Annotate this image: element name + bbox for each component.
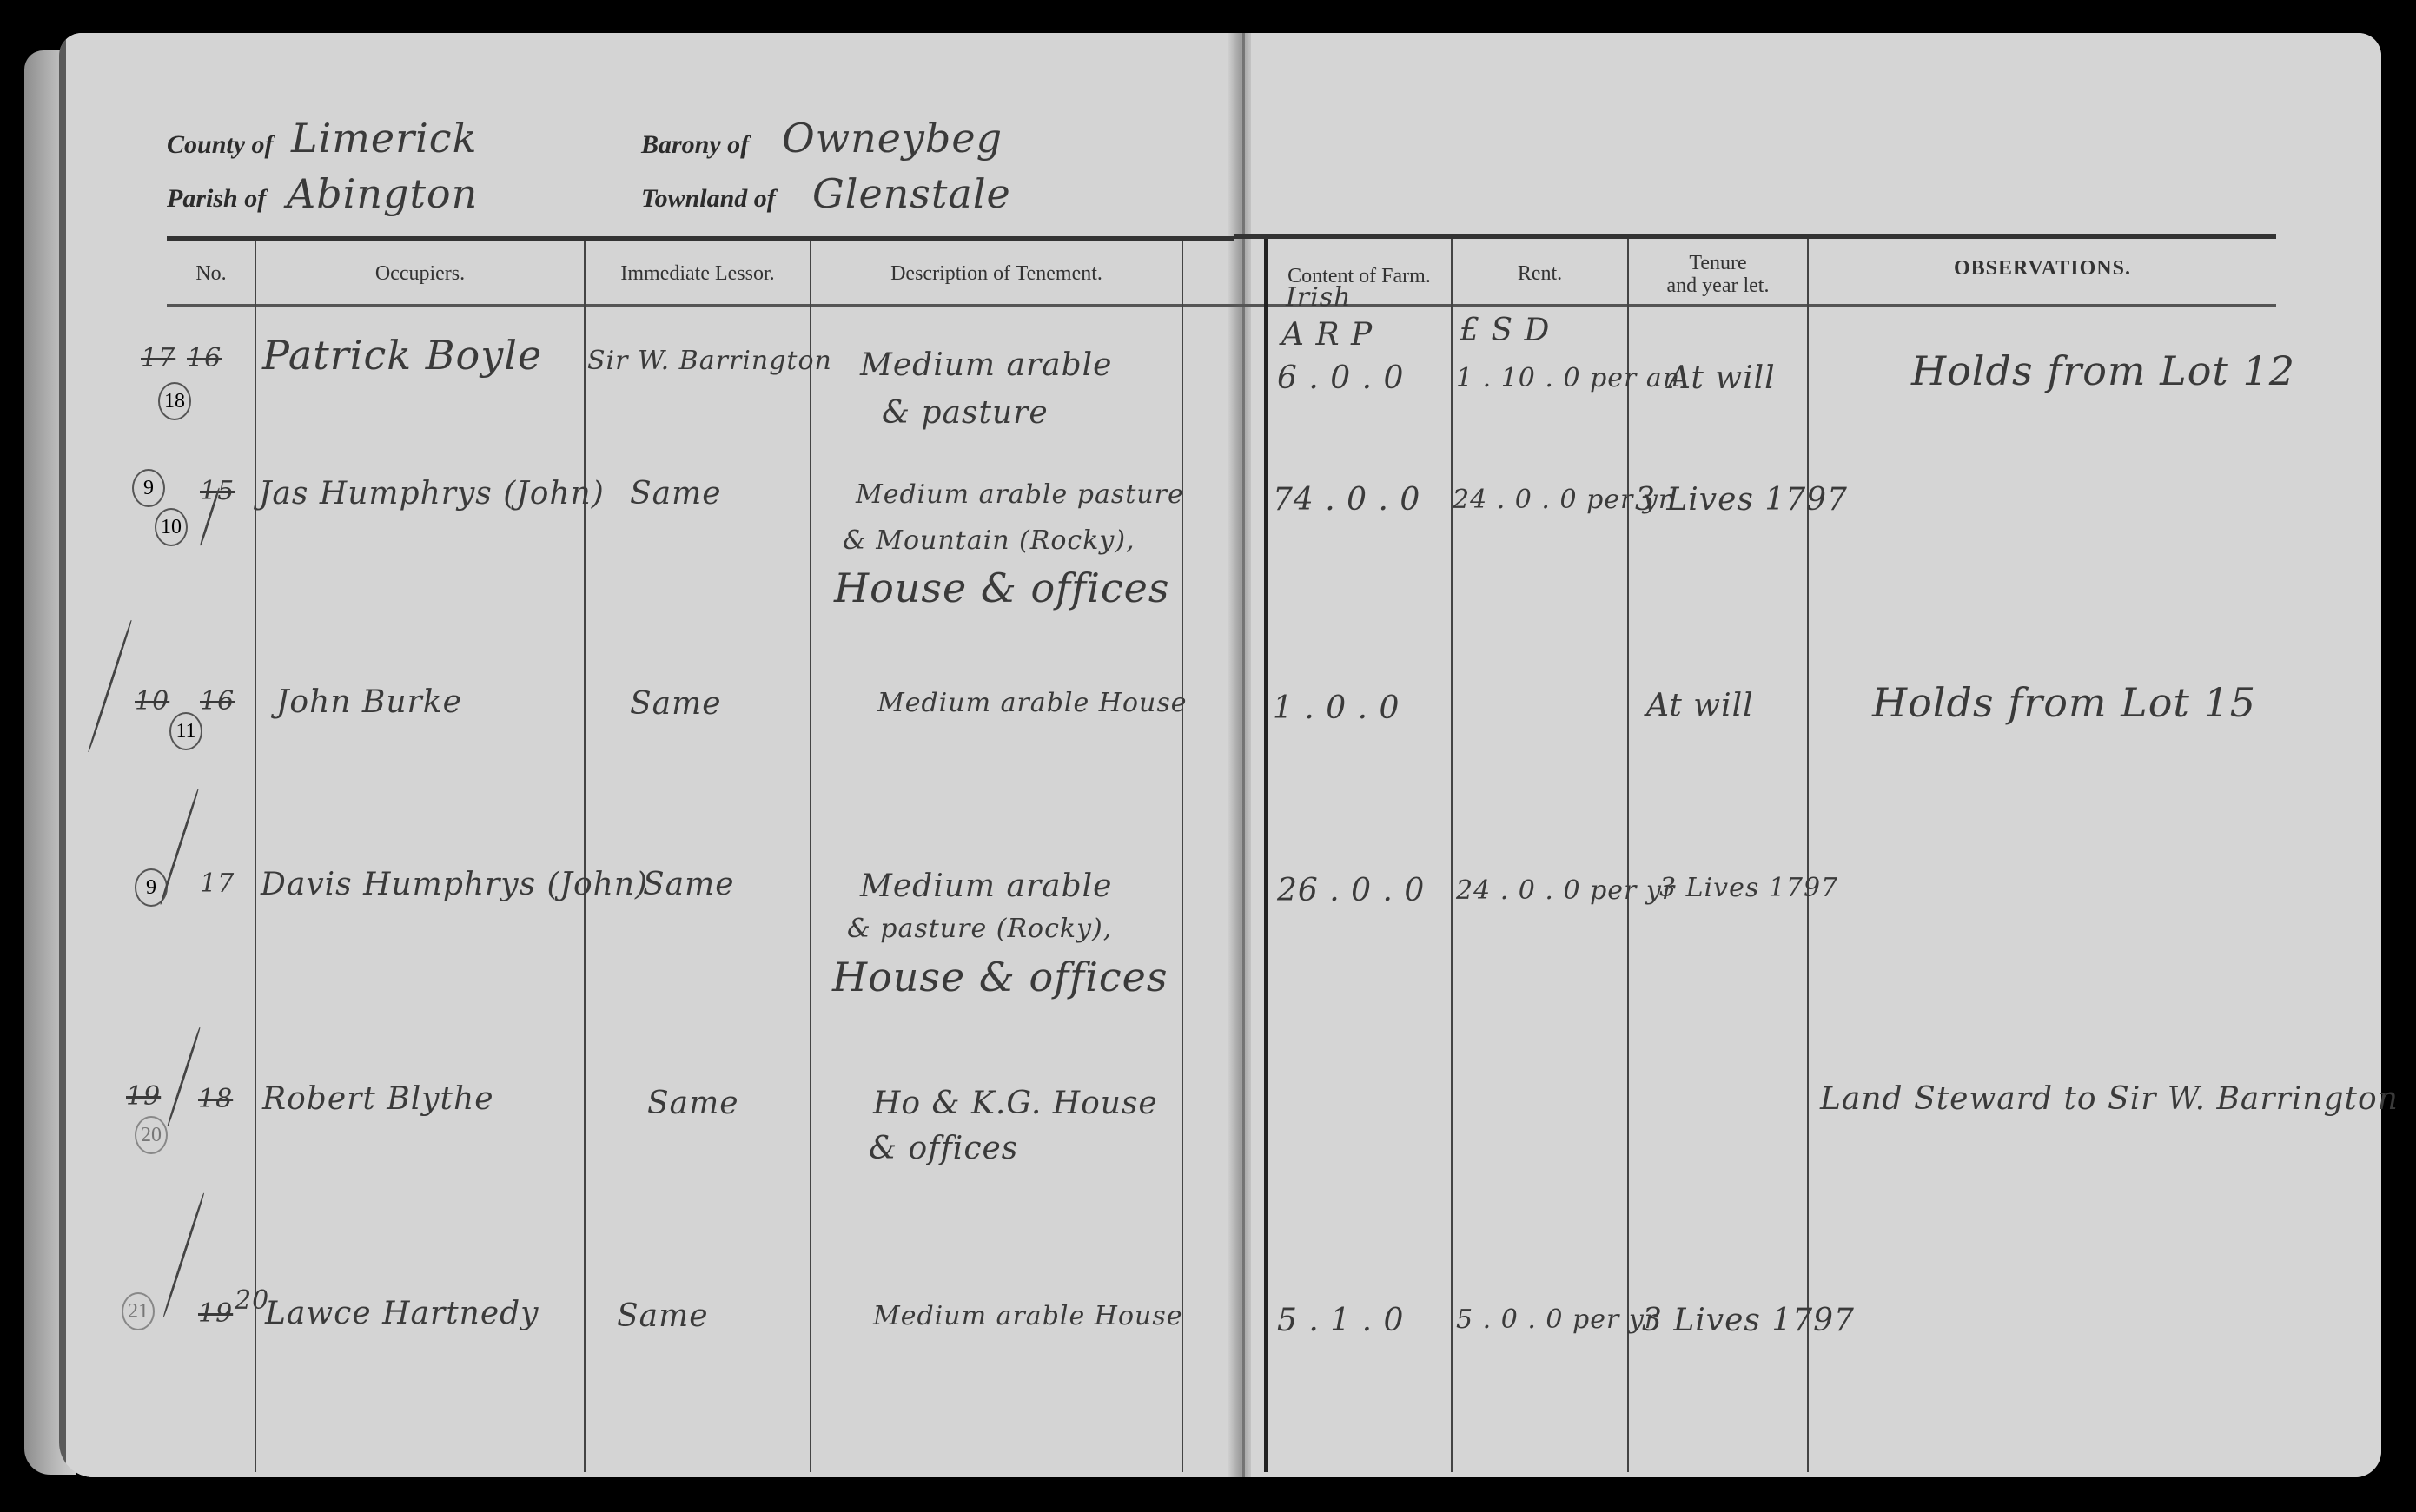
- row-tenure: 3 Lives 1797: [1642, 1303, 1855, 1338]
- row-no-old: 9: [135, 868, 168, 907]
- row-no-old: 10: [135, 686, 169, 716]
- row-description-1: Medium arable: [860, 868, 1113, 904]
- row-occupier: Lawce Hartnedy: [265, 1296, 539, 1331]
- row-tenure: 3 Lives 1797: [1635, 482, 1848, 518]
- row-lessor: Same: [630, 476, 722, 512]
- col-divider-occupiers: [584, 241, 586, 1472]
- binding-thread: [1242, 33, 1245, 1477]
- row-content: 5 . 1 . 0: [1277, 1303, 1404, 1338]
- row-no-struck: 17: [200, 868, 235, 899]
- row-content: 26 . 0 . 0: [1277, 873, 1425, 908]
- book-gutter: [1228, 33, 1251, 1477]
- row-tenure: At will: [1668, 360, 1776, 396]
- parish-label: Parish of: [167, 184, 266, 214]
- row-no-struck: 19: [198, 1298, 233, 1329]
- row-tenure: At will: [1646, 688, 1754, 723]
- townland-value: Glenstale: [812, 170, 1011, 217]
- right-page: [1251, 33, 2381, 1477]
- row-description-1: Ho & K.G. House: [873, 1086, 1158, 1121]
- row-occupier: Jas Humphrys (John): [259, 476, 605, 512]
- barony-value: Owneybeg: [782, 115, 1003, 162]
- col-head-occupiers: Occupiers.: [256, 262, 584, 286]
- col-head-tenure-line2: and year let.: [1629, 274, 1807, 297]
- col-divider-content-left: [1264, 239, 1268, 1472]
- county-value: Limerick: [291, 115, 477, 162]
- row-lessor: Sir W. Barrington: [587, 346, 832, 376]
- row-no-circled: 18: [158, 382, 191, 420]
- col-head-content-irish: Irish: [1286, 282, 1352, 313]
- left-page: [66, 33, 1228, 1477]
- row-observation: Holds from Lot 15: [1872, 679, 2256, 726]
- barony-label: Barony of: [641, 130, 749, 160]
- content-units: A R P: [1281, 317, 1373, 353]
- column-head-rule-right: [1234, 304, 2276, 307]
- row-lessor: Same: [617, 1298, 709, 1334]
- parish-value: Abington: [287, 170, 478, 217]
- col-divider-content: [1451, 239, 1453, 1472]
- row-description-3: House & offices: [832, 954, 1168, 1000]
- row-occupier: John Burke: [276, 684, 462, 720]
- row-no-circled: 10: [155, 508, 188, 546]
- col-divider-description: [1182, 241, 1183, 1472]
- row-occupier: Robert Blythe: [262, 1081, 494, 1117]
- row-description-1: Medium arable: [860, 347, 1113, 383]
- row-no-old: 9: [132, 469, 165, 507]
- row-lessor: Same: [643, 867, 735, 902]
- col-head-rent: Rent.: [1453, 262, 1627, 286]
- row-occupier: Davis Humphrys (John): [261, 867, 648, 902]
- cover-edge: [59, 33, 66, 1477]
- rent-units: £ S D: [1460, 313, 1550, 348]
- row-no-struck: 18: [198, 1084, 233, 1114]
- row-rent: 24 . 0 . 0 per yr: [1456, 875, 1675, 906]
- row-no-circled: 11: [169, 712, 202, 750]
- row-content: 74 . 0 . 0: [1273, 482, 1420, 518]
- col-head-lessor: Immediate Lessor.: [586, 262, 810, 286]
- row-description-1: Medium arable House: [877, 688, 1187, 718]
- row-description-1: Medium arable pasture: [856, 479, 1184, 510]
- row-rent: 5 . 0 . 0 per yr: [1456, 1304, 1658, 1335]
- row-description-2: & pasture: [882, 395, 1049, 431]
- col-head-tenure-line1: Tenure: [1629, 252, 1807, 274]
- row-content: 6 . 0 . 0: [1277, 360, 1404, 396]
- ledger-book: [59, 33, 2381, 1477]
- row-observation: Land Steward to Sir W. Barrington: [1820, 1081, 2399, 1117]
- header-rule-left: [167, 236, 1234, 241]
- row-rent: 1 . 10 . 0 per an.: [1456, 363, 1690, 393]
- row-no-circled: 20: [135, 1116, 168, 1154]
- row-no-old: 21: [122, 1292, 155, 1330]
- row-occupier: Patrick Boyle: [262, 332, 542, 379]
- county-label: County of: [167, 130, 274, 160]
- col-head-observations: OBSERVATIONS.: [1809, 257, 2276, 281]
- row-tenure: 3 Lives 1797: [1659, 873, 1838, 903]
- row-description-3: House & offices: [834, 565, 1170, 611]
- col-head-description: Description of Tenement.: [811, 262, 1182, 286]
- row-description-1: Medium arable House: [873, 1301, 1182, 1331]
- header-rule-right: [1234, 234, 2276, 239]
- row-description-2: & Mountain (Rocky),: [843, 525, 1135, 556]
- col-head-no: No.: [168, 262, 255, 286]
- townland-label: Townland of: [641, 184, 776, 214]
- col-divider-rent: [1627, 239, 1629, 1472]
- row-no-old: 19: [126, 1081, 161, 1112]
- col-head-tenure: Tenure and year let.: [1629, 252, 1807, 297]
- row-no-struck: 16: [187, 343, 222, 373]
- row-no-old: 17: [141, 343, 175, 373]
- row-lessor: Same: [630, 686, 722, 722]
- row-description-2: & pasture (Rocky),: [847, 914, 1112, 944]
- row-content: 1 . 0 . 0: [1273, 690, 1400, 726]
- row-description-2: & offices: [869, 1131, 1018, 1166]
- row-lessor: Same: [647, 1086, 739, 1121]
- row-observation: Holds from Lot 12: [1911, 347, 2295, 394]
- col-divider-tenure: [1807, 239, 1809, 1472]
- column-head-rule-left: [167, 304, 1234, 307]
- row-no-struck: 16: [200, 686, 235, 716]
- col-divider-lessor: [810, 241, 811, 1472]
